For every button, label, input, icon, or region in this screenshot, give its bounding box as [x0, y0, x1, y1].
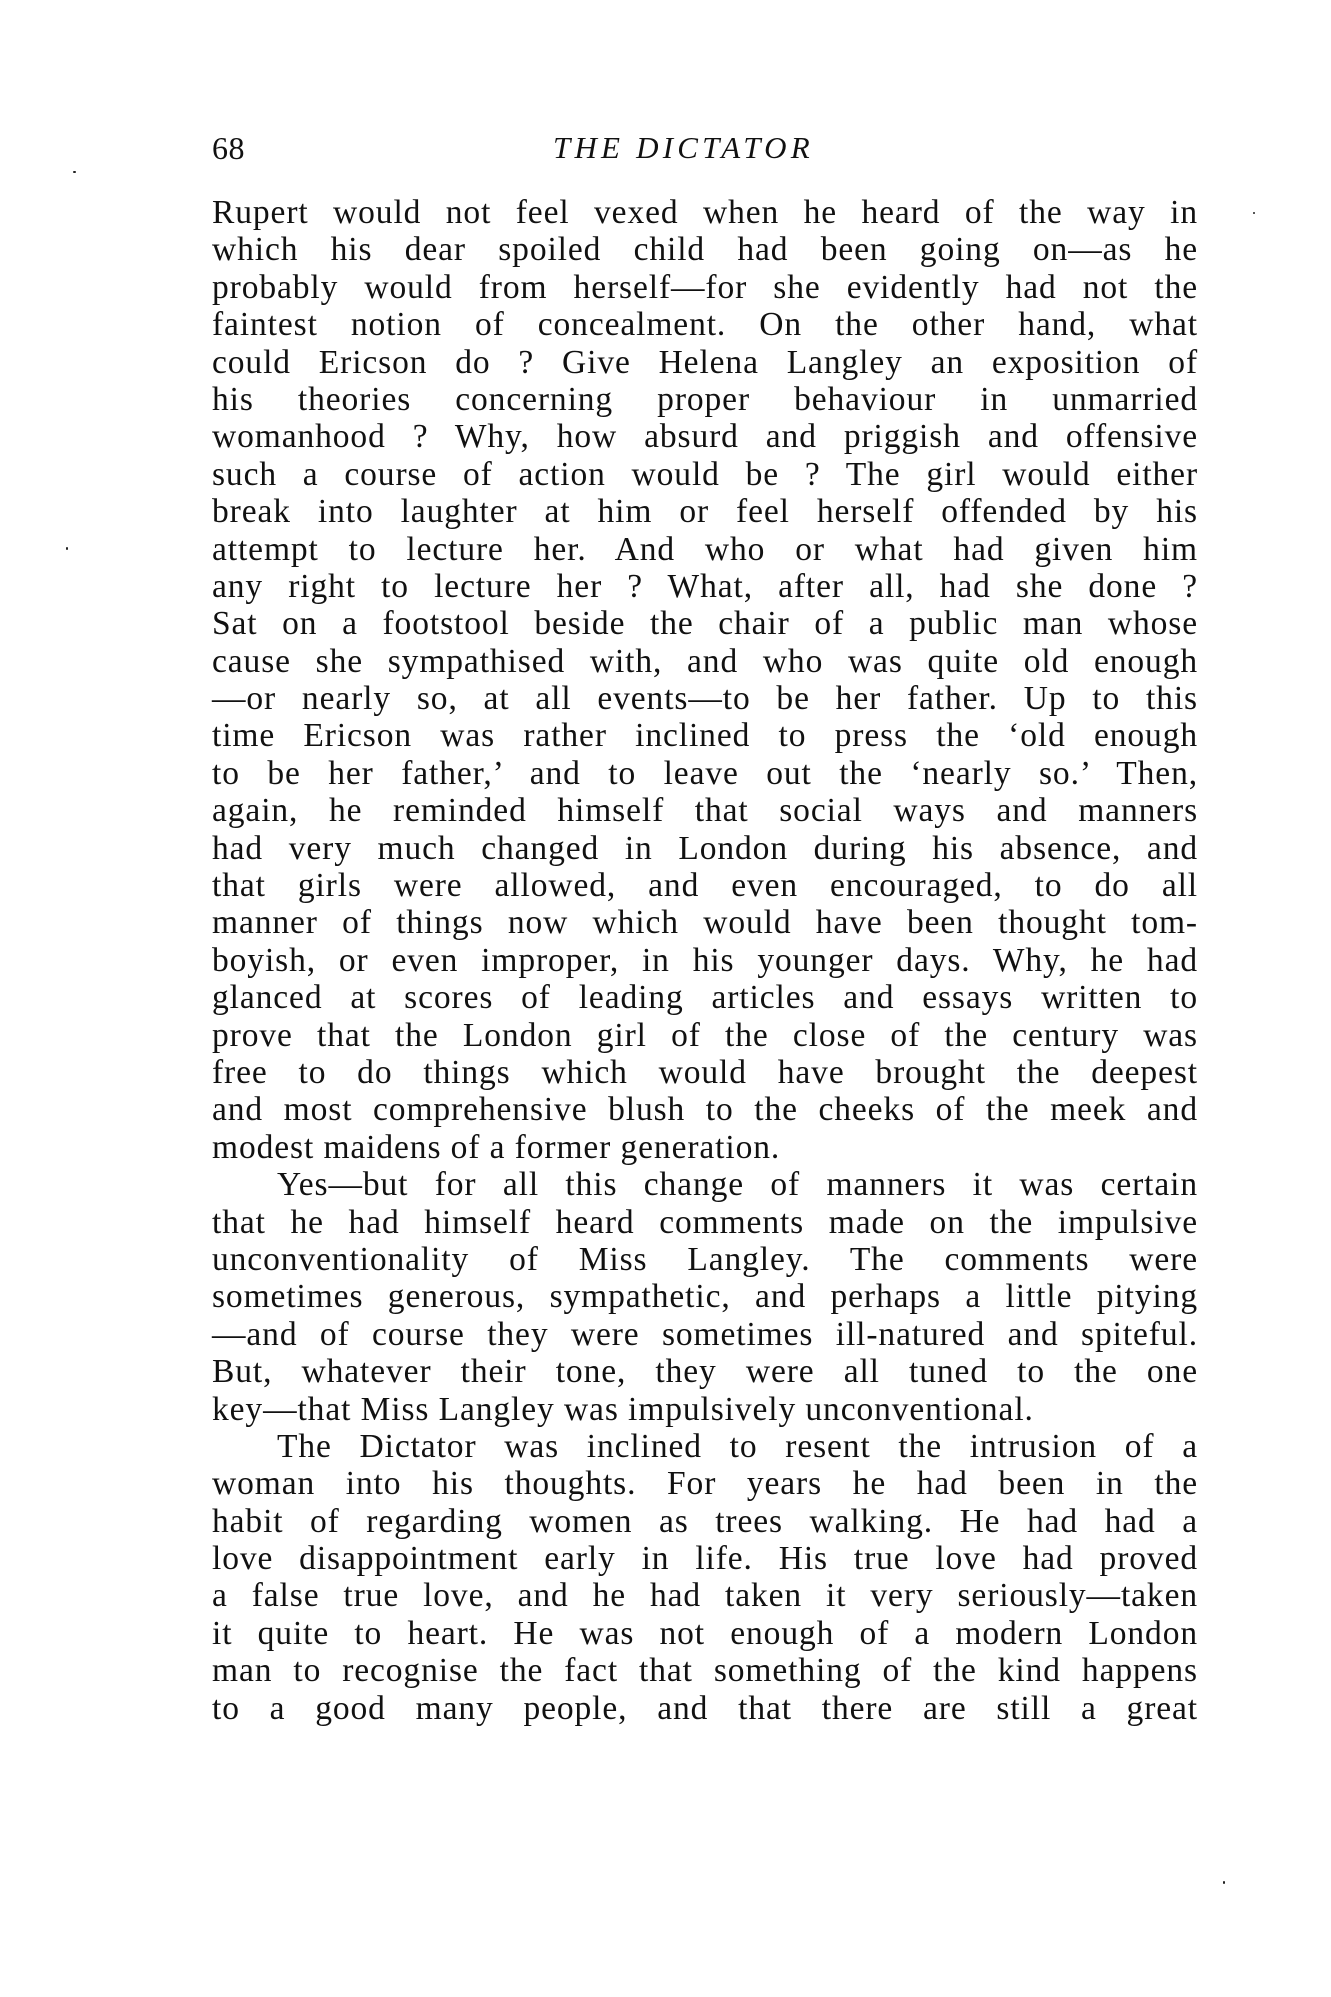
text-line: cause she sympathised with, and who was …	[212, 643, 1198, 680]
text-line: break into laughter at him or feel herse…	[212, 493, 1198, 530]
text-line: habit of regarding women as trees walkin…	[212, 1503, 1198, 1540]
text-line: it quite to heart. He was not enough of …	[212, 1615, 1198, 1652]
text-line: key—that Miss Langley was impulsively un…	[212, 1391, 1198, 1428]
text-line: to a good many people, and that there ar…	[212, 1690, 1198, 1727]
text-line: could Ericson do ? Give Helena Langley a…	[212, 344, 1198, 381]
paragraph-2: Yes—but for all this change of manners i…	[212, 1166, 1198, 1428]
body-text: Rupert would not feel vexed when he hear…	[212, 194, 1198, 1727]
book-page: 68 THE DICTATOR Rupert would not feel ve…	[0, 0, 1331, 1997]
text-line: time Ericson was rather inclined to pres…	[212, 717, 1198, 754]
scan-speck	[1223, 1881, 1225, 1884]
scan-speck	[73, 171, 76, 173]
text-line: But, whatever their tone, they were all …	[212, 1353, 1198, 1390]
text-line: glanced at scores of leading articles an…	[212, 979, 1198, 1016]
text-line: man to recognise the fact that something…	[212, 1652, 1198, 1689]
text-line: that girls were allowed, and even encour…	[212, 867, 1198, 904]
running-head: 68 THE DICTATOR	[212, 128, 1198, 168]
text-line: to be her father,’ and to leave out the …	[212, 755, 1198, 792]
text-line: boyish, or even improper, in his younger…	[212, 942, 1198, 979]
text-line: prove that the London girl of the close …	[212, 1017, 1198, 1054]
text-line: a false true love, and he had taken it v…	[212, 1577, 1198, 1614]
text-line: attempt to lecture her. And who or what …	[212, 531, 1198, 568]
text-line: free to do things which would have broug…	[212, 1054, 1198, 1091]
text-line: womanhood ? Why, how absurd and priggish…	[212, 418, 1198, 455]
text-line: unconventionality of Miss Langley. The c…	[212, 1241, 1198, 1278]
text-line: woman into his thoughts. For years he ha…	[212, 1465, 1198, 1502]
text-line: modest maidens of a former generation.	[212, 1129, 1198, 1166]
text-line: such a course of action would be ? The g…	[212, 456, 1198, 493]
text-line: his theories concerning proper behaviour…	[212, 381, 1198, 418]
text-line: again, he reminded himself that social w…	[212, 792, 1198, 829]
text-line: had very much changed in London during h…	[212, 830, 1198, 867]
text-line: The Dictator was inclined to resent the …	[212, 1428, 1198, 1465]
scan-speck	[66, 547, 68, 550]
text-line: any right to lecture her ? What, after a…	[212, 568, 1198, 605]
scan-speck	[1253, 212, 1255, 214]
text-line: that he had himself heard comments made …	[212, 1204, 1198, 1241]
text-line: manner of things now which would have be…	[212, 904, 1198, 941]
text-line: probably would from herself—for she evid…	[212, 269, 1198, 306]
text-line: sometimes generous, sympathetic, and per…	[212, 1278, 1198, 1315]
text-line: and most comprehensive blush to the chee…	[212, 1091, 1198, 1128]
text-line: love disappointment early in life. His t…	[212, 1540, 1198, 1577]
text-line: faintest notion of concealment. On the o…	[212, 306, 1198, 343]
text-line: which his dear spoiled child had been go…	[212, 231, 1198, 268]
text-line: —and of course they were sometimes ill-n…	[212, 1316, 1198, 1353]
running-title: THE DICTATOR	[553, 128, 814, 168]
paragraph-1: Rupert would not feel vexed when he hear…	[212, 194, 1198, 1166]
page-number: 68	[212, 128, 245, 168]
text-line: Yes—but for all this change of manners i…	[212, 1166, 1198, 1203]
text-line: Rupert would not feel vexed when he hear…	[212, 194, 1198, 231]
text-line: Sat on a footstool beside the chair of a…	[212, 605, 1198, 642]
paragraph-3: The Dictator was inclined to resent the …	[212, 1428, 1198, 1727]
text-line: —or nearly so, at all events—to be her f…	[212, 680, 1198, 717]
